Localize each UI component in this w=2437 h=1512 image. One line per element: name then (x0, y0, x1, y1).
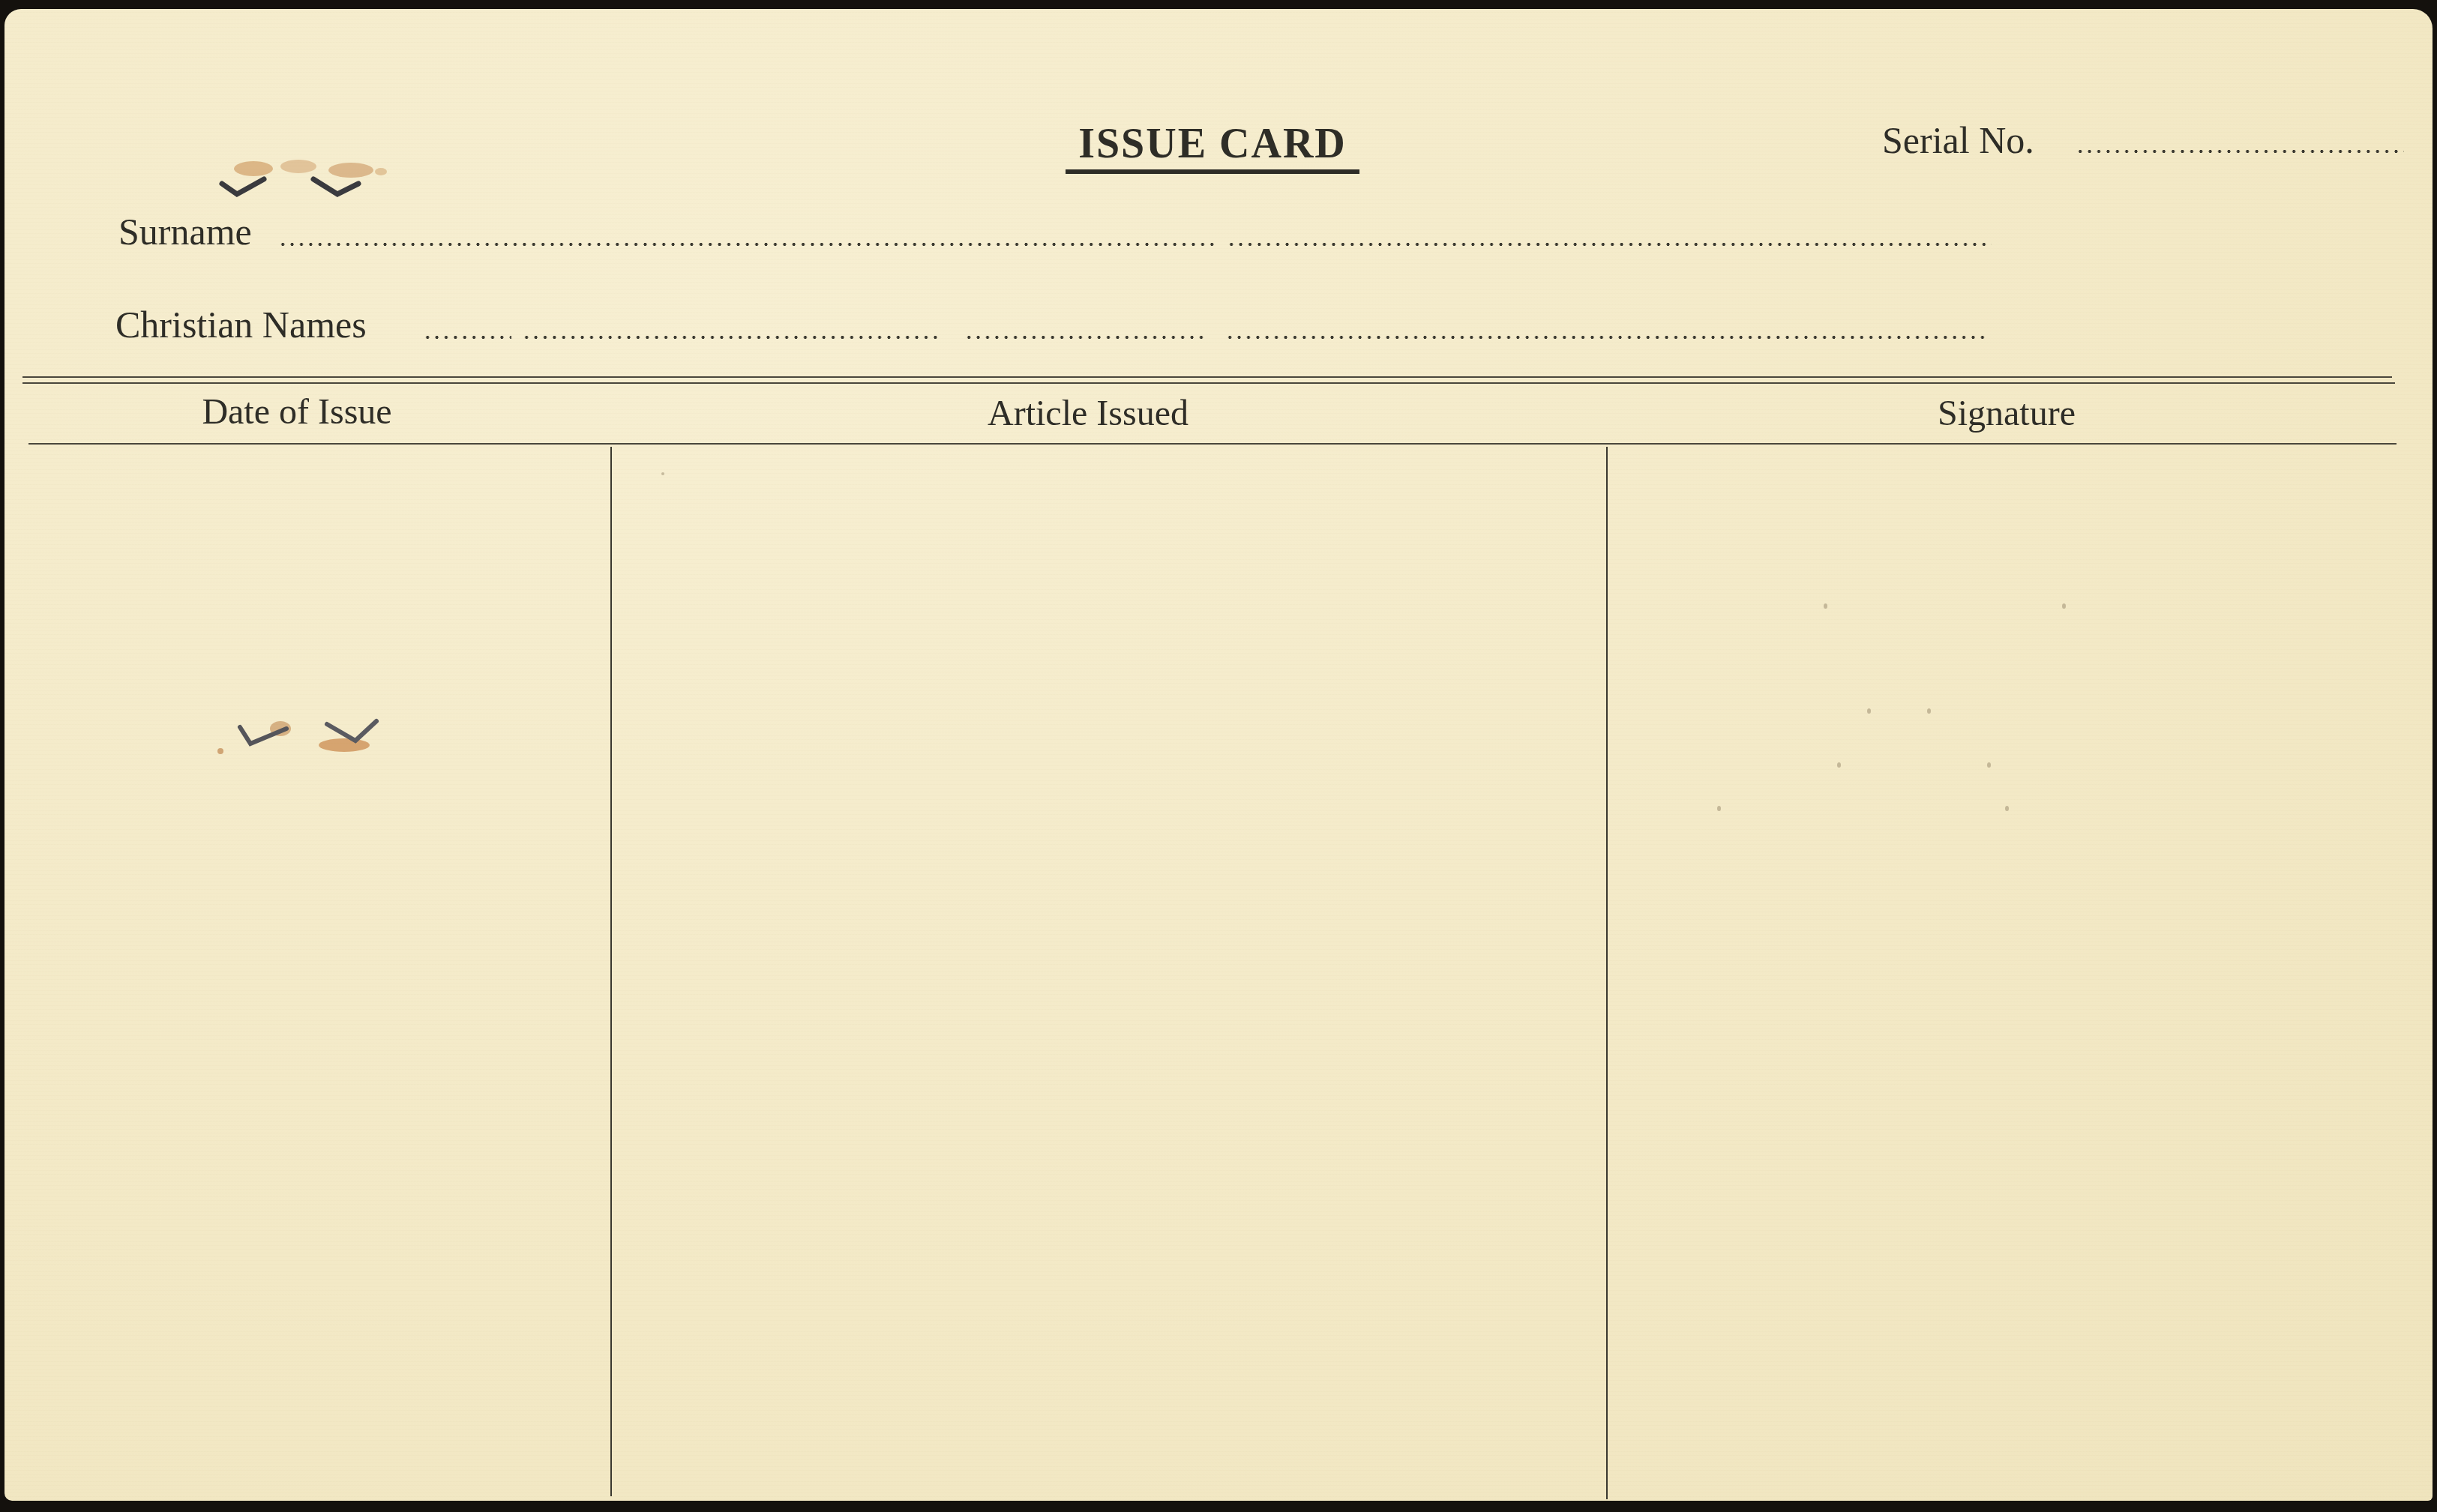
surname-field[interactable] (278, 243, 1216, 246)
title-underline (1066, 169, 1359, 174)
serial-no-field[interactable] (2076, 150, 2404, 153)
paper-speck (1837, 762, 1841, 768)
column-divider-2 (1606, 447, 1608, 1499)
paper-speck (2062, 603, 2066, 609)
staple-icon (201, 148, 396, 208)
paper-speck (1867, 708, 1871, 714)
paper-speck (661, 472, 664, 475)
christian-names-field-3[interactable] (964, 336, 1208, 339)
column-divider-1 (610, 447, 612, 1496)
paper-speck (1717, 806, 1721, 811)
christian-names-field[interactable] (423, 336, 511, 339)
christian-names-field-2[interactable] (522, 336, 942, 339)
double-rule-bottom (22, 382, 2395, 384)
serial-no-label: Serial No. (1882, 118, 2034, 162)
issue-card: ISSUE CARD Serial No. Surname Christian … (4, 9, 2433, 1501)
double-rule-top (22, 376, 2392, 378)
paper-speck (1824, 603, 1827, 609)
header-rule (28, 443, 2397, 445)
card-title: ISSUE CARD (1066, 120, 1359, 168)
paper-speck (1987, 762, 1991, 768)
paper-speck (1927, 708, 1931, 714)
surname-label: Surname (118, 210, 252, 253)
column-header-signature: Signature (1609, 393, 2404, 434)
column-header-article-issued: Article Issued (612, 393, 1564, 434)
column-header-date-of-issue: Date of Issue (27, 391, 567, 433)
christian-names-label: Christian Names (115, 303, 367, 346)
christian-names-field-4[interactable] (1225, 336, 1989, 339)
article-issued-column-cell[interactable] (613, 448, 1605, 1490)
paper-speck (2005, 806, 2009, 811)
signature-column-cell[interactable] (1609, 448, 2404, 1490)
date-of-issue-column-cell[interactable] (27, 448, 609, 1490)
surname-field-continued[interactable] (1227, 243, 1992, 246)
